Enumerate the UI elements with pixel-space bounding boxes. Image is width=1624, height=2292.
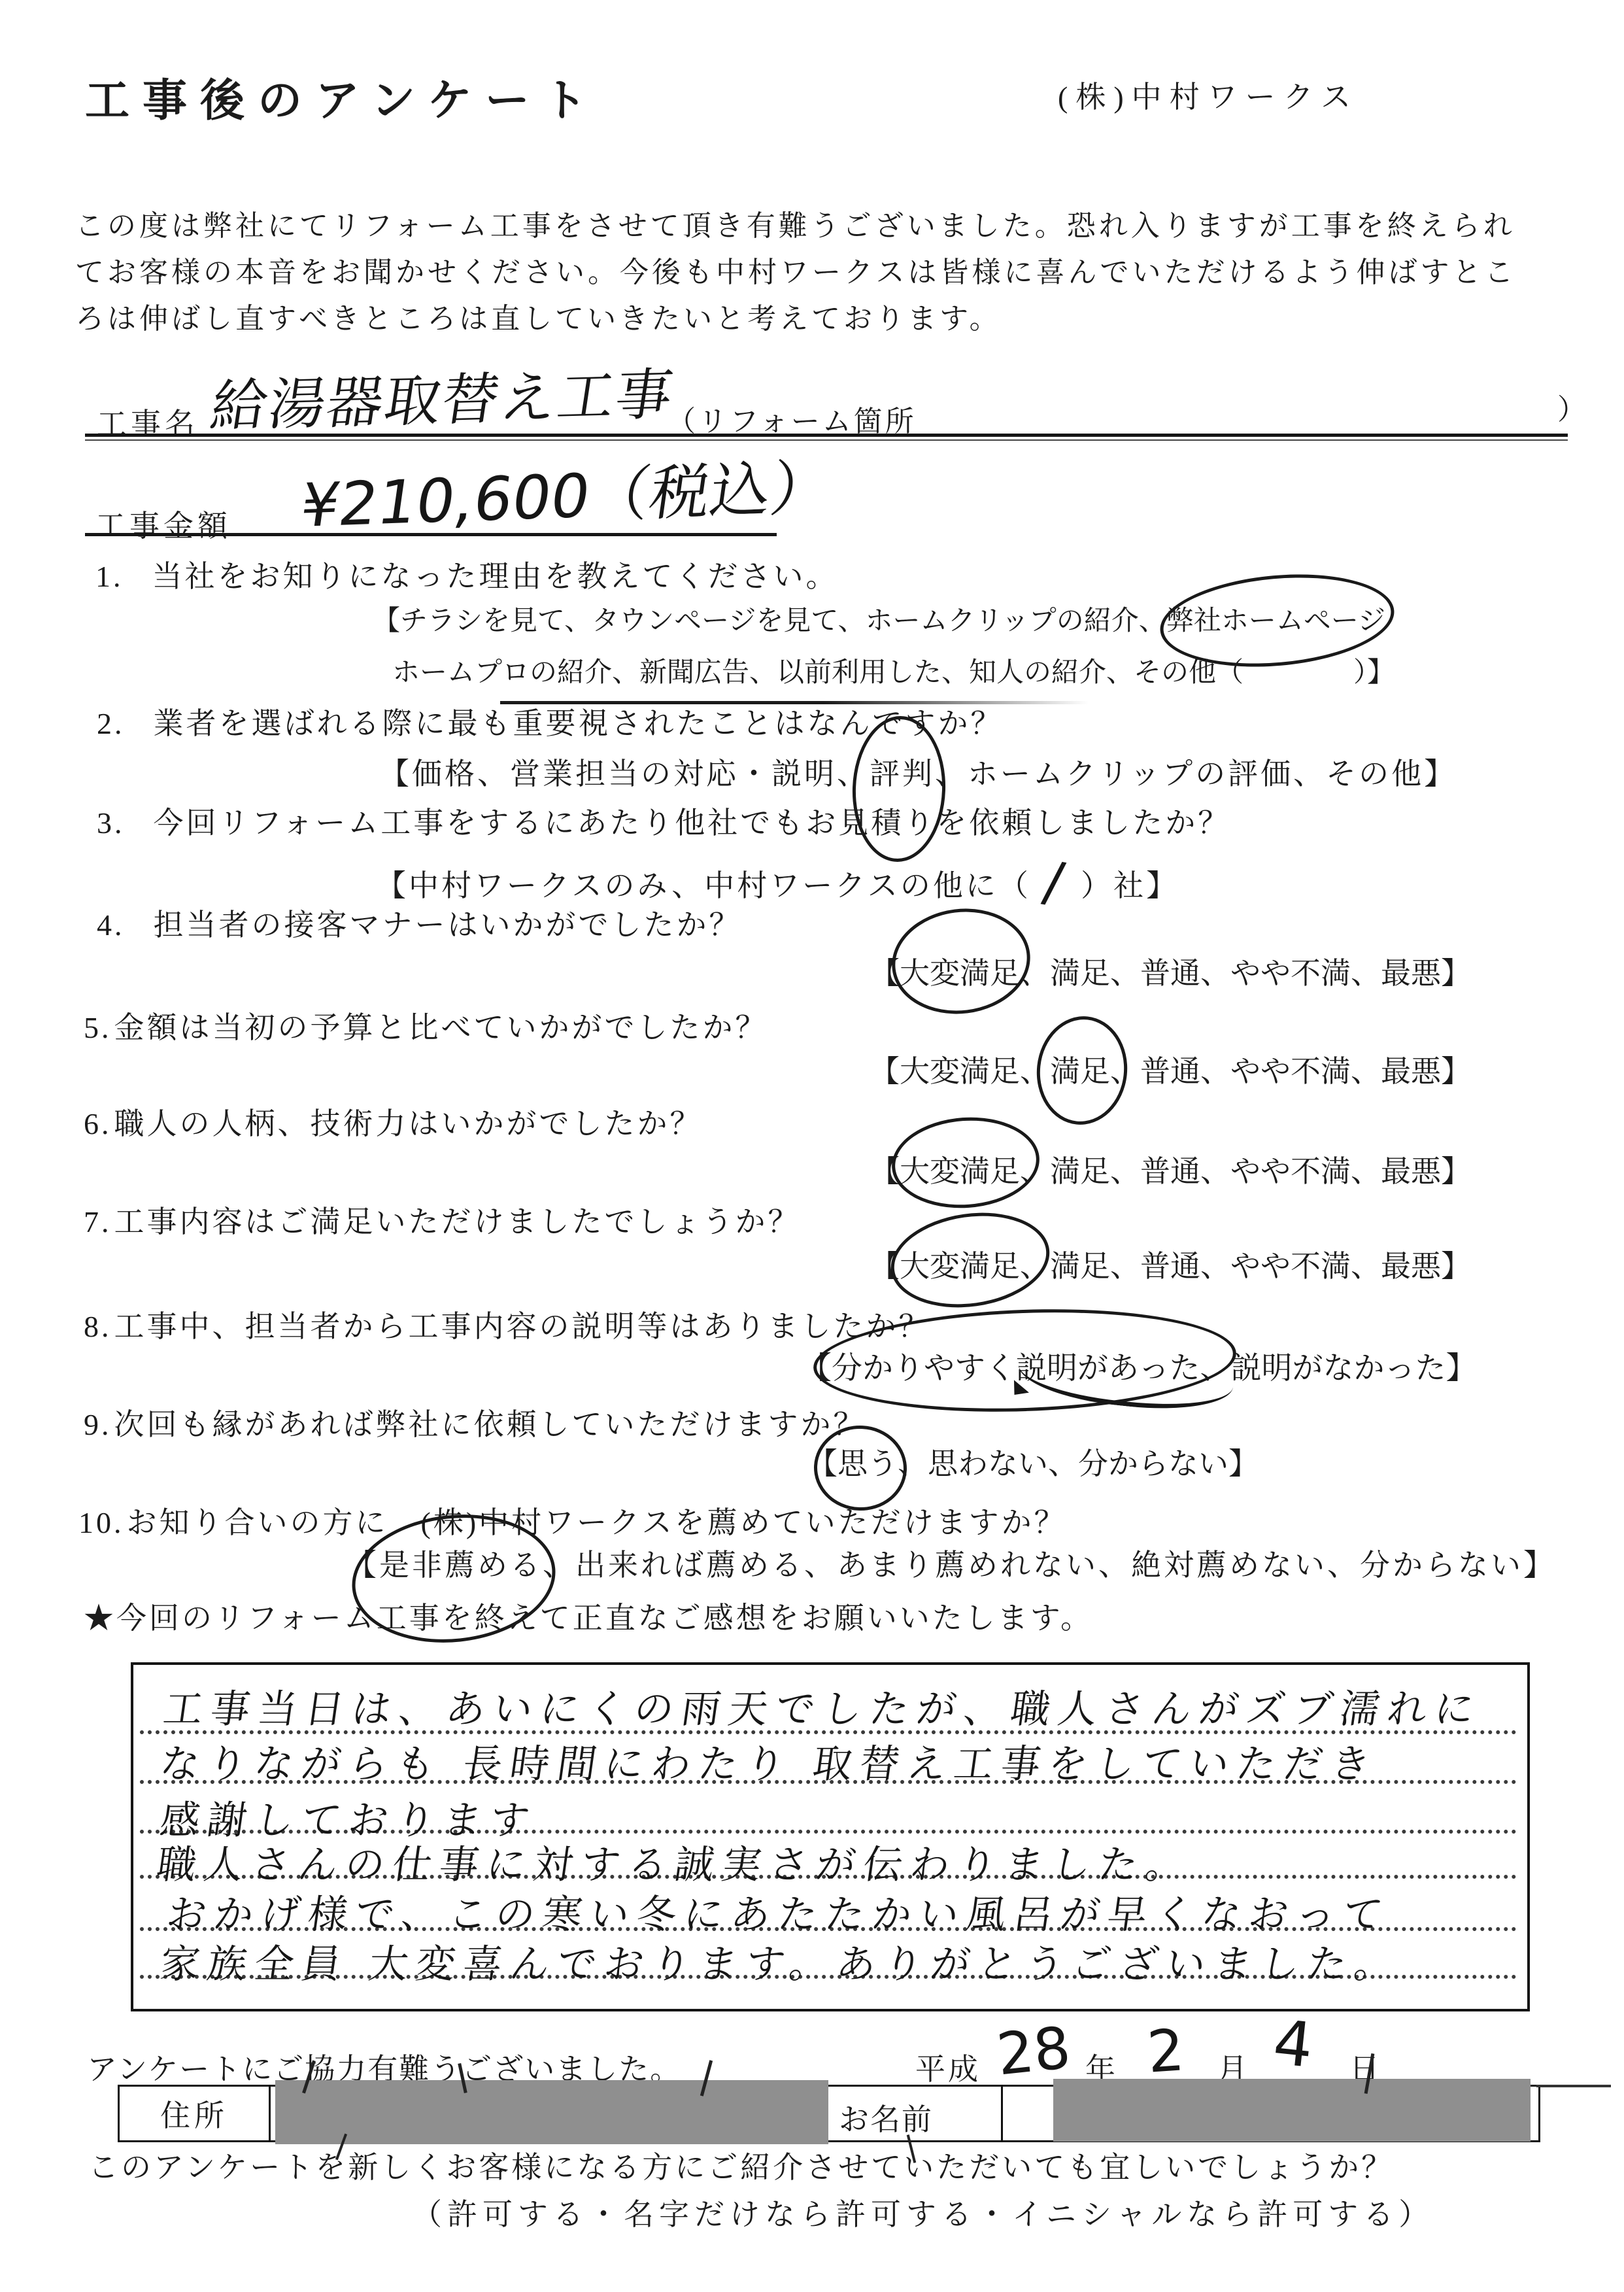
- question-1: 1.当社をお知りになった理由を教えてください。: [95, 553, 839, 596]
- question-7-text: 工事内容はご満足いただけましたでしょうか？: [114, 1205, 801, 1239]
- q5-options-post: 、普通、やや不満、最悪】: [1110, 1055, 1471, 1088]
- amount-label: 工事金額: [95, 502, 231, 545]
- question-10-text: お知り合いの方に (株)中村ワークスを薦めていただけますか？: [127, 1506, 1067, 1539]
- q4-options-pre: 【: [870, 957, 900, 990]
- question-4-options: 【大変満足、満足、普通、やや不満、最悪】: [870, 949, 1471, 993]
- q9-options-post: 、思わない、分からない】: [898, 1447, 1259, 1480]
- question-1-text: 当社をお知りになった理由を教えてください。: [152, 560, 839, 593]
- question-1-options-line2: ホームプロの紹介、新聞広告、以前利用した、知人の紹介、その他（ ）】: [392, 651, 1395, 690]
- question-4: 4.担当者の接客マナーはいかがでしたか？: [97, 901, 742, 944]
- comment-line-6: 家族全員 大変喜んでおります。ありがとうございました。: [157, 1933, 1406, 1989]
- q2-options-pre: 【価格、営業担当の対応・説明、: [379, 757, 870, 791]
- q1-options-pre: 【チラシを見て、タウンページを見て、ホームクリップの紹介、: [373, 606, 1166, 636]
- question-1-number: 1.: [95, 560, 124, 593]
- question-10-options: 【是非薦める、出来れば薦める、あまり薦めれない、絶対薦めない、分からない】: [347, 1541, 1556, 1584]
- question-7-options: 【大変満足、満足、普通、やや不満、最悪】: [870, 1242, 1471, 1286]
- amount-handwritten: ¥210,600（税込）: [296, 439, 838, 544]
- q9-circled-answer: 思う: [837, 1440, 898, 1483]
- q9-options-pre: 【: [807, 1447, 837, 1480]
- comment-line-4: 職人さんの仕事に対する誠実さが伝わりました。: [154, 1834, 1197, 1890]
- q6-circled-answer: 大変満足: [900, 1148, 1020, 1191]
- question-4-text: 担当者の接客マナーはいかがでしたか？: [154, 908, 742, 942]
- address-label-cell: 住所: [120, 2087, 271, 2140]
- question-6: 6.職人の人柄、技術力はいかがでしたか？: [84, 1100, 703, 1143]
- question-9-number: 9.: [84, 1408, 112, 1441]
- q6-options-pre: 【: [870, 1155, 900, 1188]
- comment-line-5: おかげ様で、この寒い冬にあたたかい風呂が早くなおって: [163, 1883, 1395, 1940]
- question-9-text: 次回も縁があれば弊社に依頼していただけますか？: [114, 1408, 866, 1441]
- impression-prompt: ★今回のリフォーム工事を終えて正直なご感想をお願いいたします。: [84, 1594, 1093, 1637]
- question-10: 10.お知り合いの方に (株)中村ワークスを薦めていただけますか？: [78, 1499, 1067, 1542]
- question-3-options: 【中村ワークスのみ、中村ワークスの他に（/）社】: [376, 845, 1179, 909]
- q10-circled-answer: 是非薦める: [379, 1541, 543, 1584]
- q6-options-post: 、満足、普通、やや不満、最悪】: [1020, 1155, 1471, 1188]
- date-day-handwritten: 4: [1270, 2007, 1316, 2082]
- question-7-number: 7.: [84, 1205, 112, 1239]
- project-name-label: 工事名: [97, 400, 199, 443]
- q2-circled-answer: 評判: [870, 750, 935, 793]
- question-6-number: 6.: [84, 1107, 112, 1140]
- question-3: 3.今回リフォーム工事をするにあたり他社でもお見積りを依頼しましたか？: [97, 799, 1230, 842]
- q7-circled-answer: 大変満足: [900, 1242, 1020, 1286]
- name-redaction-box: [1053, 2079, 1531, 2142]
- date-year-handwritten: 28: [994, 2013, 1074, 2088]
- comment-line-2: なりながらも 長時間にわたり 取替え工事をしていただき: [157, 1733, 1382, 1789]
- question-2: 2.業者を選ばれる際に最も重要視されたことはなんですか？: [97, 700, 1004, 743]
- q4-options-post: 、満足、普通、やや不満、最悪】: [1020, 957, 1471, 990]
- question-6-text: 職人の人柄、技術力はいかがでしたか？: [114, 1107, 703, 1140]
- q5-options-pre: 【大変満足、: [870, 1055, 1050, 1088]
- question-3-text: 今回リフォーム工事をするにあたり他社でもお見積りを依頼しましたか？: [154, 806, 1231, 840]
- q1-circled-answer: 弊社ホームページ: [1166, 599, 1385, 638]
- question-1-options-line1: 【チラシを見て、タウンページを見て、ホームクリップの紹介、弊社ホームページ: [373, 599, 1385, 638]
- q5-circled-answer: 満足: [1050, 1048, 1110, 1091]
- q2-options-post: 、ホームクリップの評価、その他】: [935, 757, 1457, 791]
- q3-options-post: ）社】: [1081, 869, 1179, 902]
- q3-options-pre: 【中村ワークスのみ、中村ワークスの他に（: [376, 869, 1031, 902]
- q10-options-post: 、出来れば薦める、あまり薦めれない、絶対薦めない、分からない】: [543, 1548, 1556, 1582]
- question-5-text: 金額は当初の予算と比べていかがでしたか？: [114, 1011, 768, 1044]
- question-3-number: 3.: [97, 806, 125, 840]
- question-9: 9.次回も縁があれば弊社に依頼していただけますか？: [84, 1401, 866, 1444]
- question-7: 7.工事内容はご満足いただけましたでしょうか？: [84, 1198, 801, 1241]
- contact-table: 住所 お名前: [118, 2085, 1540, 2142]
- question-5-options: 【大変満足、満足、普通、やや不満、最悪】: [870, 1048, 1471, 1091]
- question-5-number: 5.: [84, 1011, 112, 1044]
- question-9-options: 【思う、思わない、分からない】: [807, 1440, 1259, 1483]
- q4-circled-answer: 大変満足: [900, 949, 1020, 993]
- q7-options-post: 、満足、普通、やや不満、最悪】: [1020, 1250, 1471, 1283]
- date-era: 平成: [915, 2045, 981, 2089]
- q8-options-pre: 【: [801, 1352, 832, 1386]
- question-2-options: 【価格、営業担当の対応・説明、評判、ホームクリップの評価、その他】: [379, 750, 1457, 793]
- question-10-number: 10.: [78, 1506, 124, 1539]
- page-title: 工事後のアンケート: [85, 65, 600, 129]
- company-name: (株)中村ワークス: [1058, 73, 1359, 116]
- project-name-underline: [85, 434, 1568, 437]
- date-month-handwritten: 2: [1145, 2016, 1186, 2086]
- project-name-handwritten: 給湯器取替え工事: [206, 349, 681, 442]
- address-redaction-box: [275, 2080, 828, 2144]
- comment-line-1: 工事当日は、あいにくの雨天でしたが、職人さんがズブ濡れに: [160, 1678, 1486, 1734]
- question-8-number: 8.: [84, 1310, 112, 1343]
- consent-question: このアンケートを新しくお客様になる方にご紹介させていただいても宜しいでしょうか？: [88, 2144, 1394, 2187]
- q7-options-pre: 【: [870, 1250, 900, 1283]
- reform-location-close-paren: ）: [1557, 386, 1586, 428]
- name-label-cell: お名前: [839, 2096, 933, 2139]
- amount-underline: [85, 533, 777, 536]
- q10-options-pre: 【: [347, 1548, 379, 1582]
- table-topline-extension: [1536, 2085, 1611, 2087]
- question-5: 5.金額は当初の予算と比べていかがでしたか？: [84, 1004, 768, 1047]
- question-6-options: 【大変満足、満足、普通、やや不満、最悪】: [870, 1148, 1471, 1191]
- question-8-text: 工事中、担当者から工事内容の説明等はありましたか？: [114, 1310, 932, 1343]
- question-2-text: 業者を選ばれる際に最も重要視されたことはなんですか？: [154, 707, 1004, 740]
- question-8: 8.工事中、担当者から工事内容の説明等はありましたか？: [84, 1303, 932, 1346]
- question-4-number: 4.: [97, 908, 125, 942]
- consent-permission-options: （許可する・名字だけなら許可する・イニシャルなら許可する）: [412, 2191, 1434, 2234]
- q3-handwritten-count: /: [1039, 849, 1071, 915]
- question-2-number: 2.: [97, 707, 125, 740]
- table-divider: [1001, 2087, 1003, 2140]
- scanned-survey-page: 工事後のアンケート (株)中村ワークス この度は弊社にてリフォーム工事をさせて頂…: [0, 0, 1624, 2292]
- intro-paragraph: この度は弊社にてリフォーム工事をさせて頂き有難うございました。恐れ入りますが工事…: [75, 203, 1520, 342]
- q8-options-post: 、説明がなかった】: [1200, 1352, 1477, 1386]
